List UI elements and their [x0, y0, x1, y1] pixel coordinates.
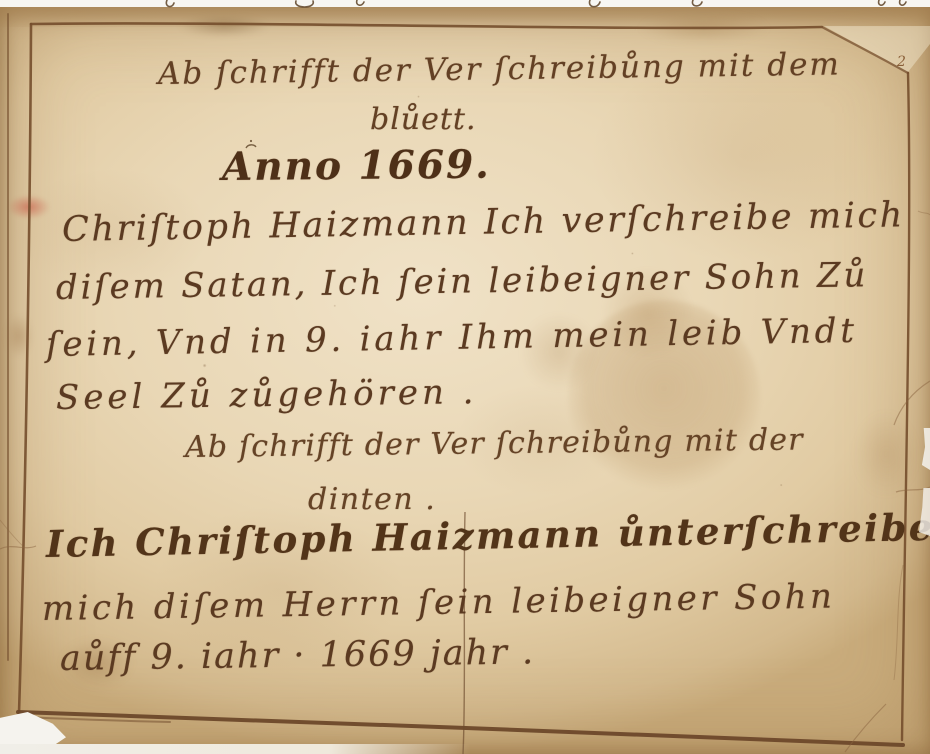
manuscript-line-anno: Anno 1669.	[222, 142, 491, 190]
page-number: 2	[897, 54, 906, 70]
manuscript-line-heading-blood-2: blůett.	[370, 102, 477, 137]
paper-top-edge-shading	[0, 7, 930, 27]
manuscript-line-blood-pact-4: Seel Zů zůgehören .	[56, 372, 478, 418]
manuscript-scan: Ab ſchrifft der Ver ſchreibůng mit dem b…	[0, 0, 930, 754]
manuscript-line-heading-ink-2: dinten .	[308, 482, 436, 517]
scan-background-bottom	[0, 744, 470, 754]
manuscript-line-ink-pact-3: aůff 9. iahr · 1669 jahr .	[60, 632, 536, 679]
